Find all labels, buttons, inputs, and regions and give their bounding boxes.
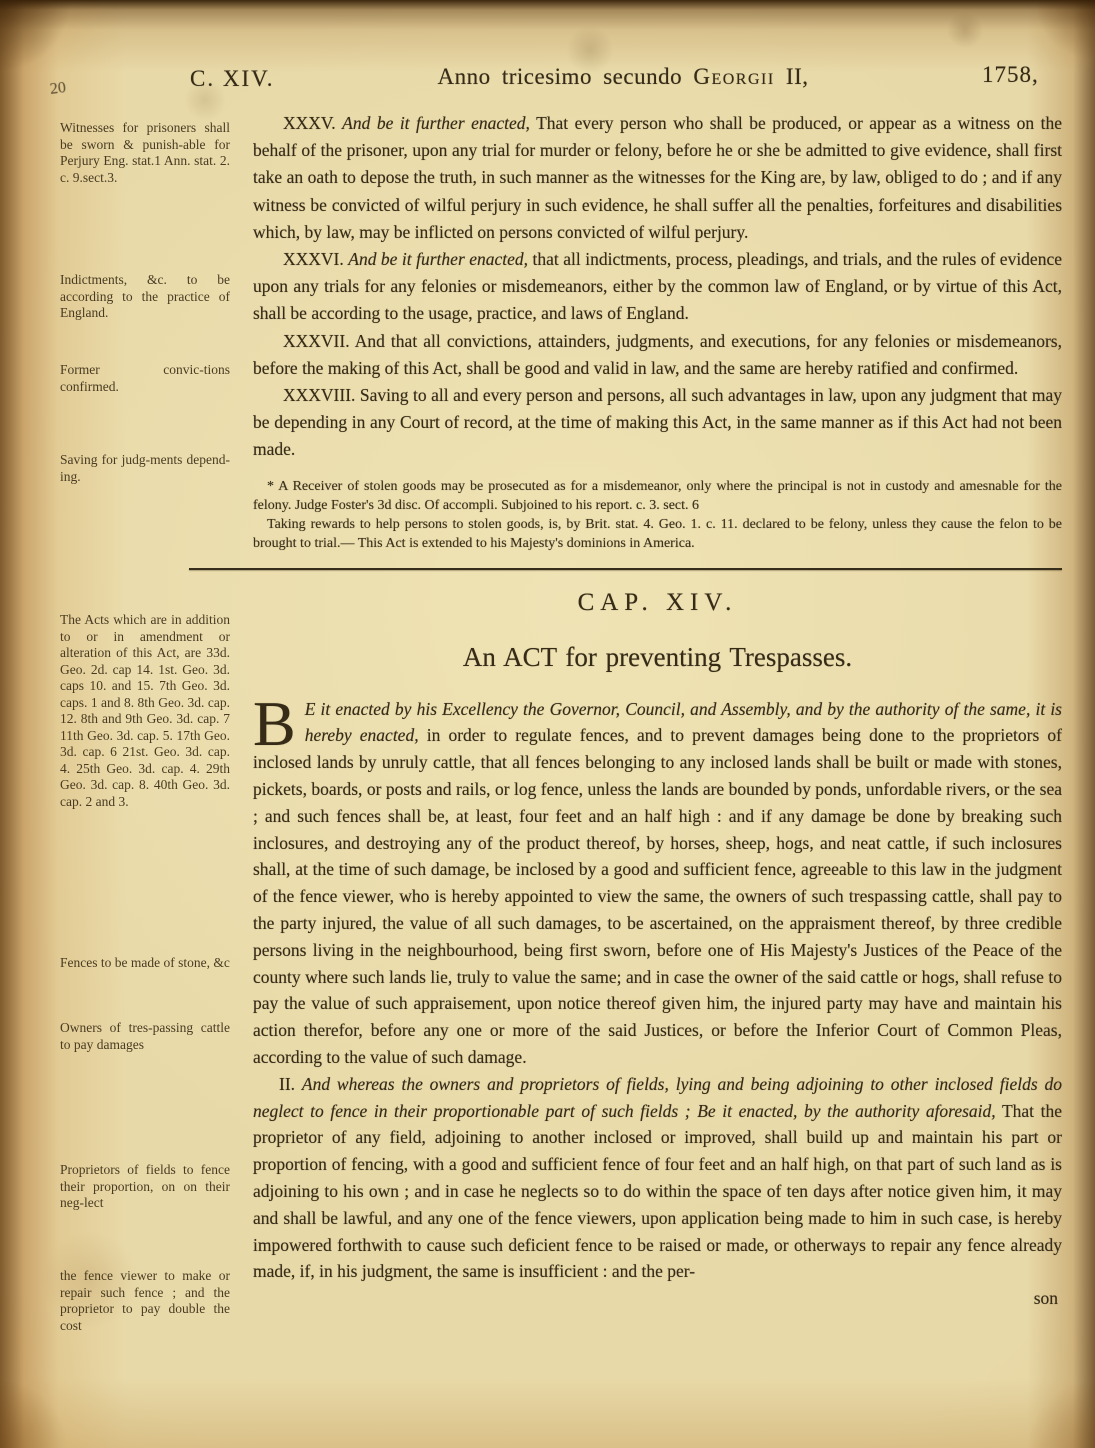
running-title: Anno tricesimo secundo Georgii II,	[253, 64, 993, 90]
year-label: 1758,	[982, 62, 1039, 88]
text-segment: II.	[279, 1074, 302, 1094]
italic-text-segment: And be it further enacted,	[342, 113, 530, 133]
dropcap-initial: B	[253, 696, 305, 749]
act-body: BE it enacted by his Excellency the Gove…	[253, 696, 1062, 1312]
text-segment: XXXV.	[283, 113, 342, 133]
cap-heading: CAP. XIV.	[253, 589, 1062, 617]
text-segment: That the proprietor of any field, adjoin…	[253, 1101, 1062, 1282]
margin-note-amending-acts: The Acts which are in addition to or in …	[60, 612, 230, 810]
section-divider-rule	[189, 568, 1062, 570]
running-title-pre: Anno tricesimo secundo	[438, 64, 683, 89]
margin-note-owners-cattle: Owners of tres-passing cattle to pay dam…	[60, 1020, 230, 1053]
book-page: 20 C. XIV. Anno tricesimo secundo Georgi…	[0, 0, 1095, 1448]
text-segment: XXXVIII. Saving to all and every person …	[253, 385, 1062, 459]
running-title-post: II,	[786, 64, 809, 89]
margin-note-fences-stone: Fences to be made of stone, &c	[60, 955, 230, 972]
paragraph-xxxvi: XXXVI. And be it further enacted, that a…	[253, 246, 1062, 328]
main-text-column: XXXV. And be it further enacted, That ev…	[253, 110, 1062, 1311]
act-paragraph-2: II. And whereas the owners and proprieto…	[253, 1071, 1062, 1285]
act-paragraph-1-text: E it enacted by his Excellency the Gover…	[253, 699, 1062, 1067]
margin-note-fence-viewer: the fence viewer to make or repair such …	[60, 1268, 230, 1334]
footnote-line-1: * A Receiver of stolen goods may be pros…	[253, 477, 1062, 515]
margin-note-witnesses: Witnesses for prisoners shall be sworn &…	[60, 120, 230, 186]
footnote-line-2: Taking rewards to help persons to stolen…	[253, 515, 1062, 553]
act-paragraph-1: BE it enacted by his Excellency the Gove…	[253, 696, 1062, 1071]
paragraph-xxxv: XXXV. And be it further enacted, That ev…	[253, 110, 1062, 246]
italic-text-segment: And whereas the owners and proprietors o…	[253, 1074, 1062, 1121]
margin-note-saving-judgments: Saving for judg-ments depend-ing.	[60, 452, 230, 485]
margin-note-proprietors-fence: Proprietors of fields to fence their pro…	[60, 1162, 230, 1212]
statute-sections: XXXV. And be it further enacted, That ev…	[253, 110, 1062, 464]
text-segment: XXXVI.	[283, 249, 348, 269]
text-segment: in order to regulate fences, and to prev…	[253, 725, 1062, 1067]
text-segment: XXXVII. And that all convictions, attain…	[253, 331, 1062, 378]
catchword: son	[253, 1285, 1062, 1311]
footnote-block: * A Receiver of stolen goods may be pros…	[253, 477, 1062, 553]
page-number: 20	[49, 79, 67, 99]
paragraph-xxxvii: XXXVII. And that all convictions, attain…	[253, 328, 1062, 382]
margin-note-former-convictions: Former convic-tions confirmed.	[60, 362, 230, 395]
margin-note-indictments: Indictments, &c. to be according to the …	[60, 272, 230, 322]
running-title-monarch: Georgii	[693, 64, 774, 89]
act-title: An ACT for preventing Trespasses.	[253, 642, 1062, 673]
paragraph-xxxviii: XXXVIII. Saving to all and every person …	[253, 382, 1062, 464]
italic-text-segment: And be it further enacted,	[348, 249, 528, 269]
